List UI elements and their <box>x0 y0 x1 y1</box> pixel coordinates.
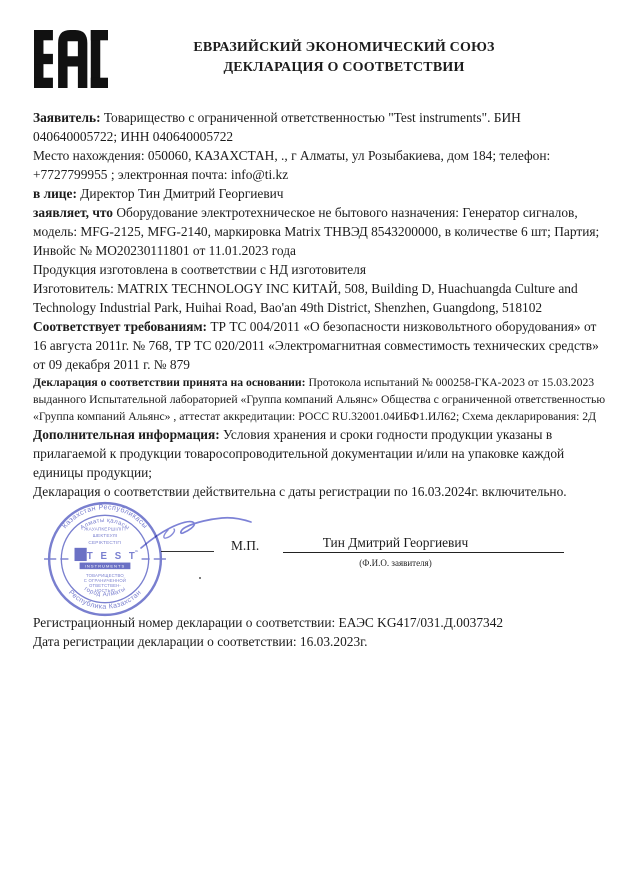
declares-paragraph: заявляет, что Оборудование электротехнич… <box>33 203 607 260</box>
document-title: ДЕКЛАРАЦИЯ О СООТВЕТСТВИИ <box>100 58 588 78</box>
complies-label: Соответствует требованиям: <box>33 319 207 334</box>
declaration-document: ЕВРАЗИЙСКИЙ ЭКОНОМИЧЕСКИЙ СОЮЗ ДЕКЛАРАЦИ… <box>0 0 640 872</box>
applicant-name-caption: (Ф.И.О. заявителя) <box>283 554 508 573</box>
ink-dot <box>199 577 201 579</box>
stamp-brand: T E S T <box>87 551 137 562</box>
complies-paragraph: Соответствует требованиям: ТР ТС 004/201… <box>33 317 607 374</box>
stamp-brand-block <box>75 548 87 561</box>
applicant-name: Тин Дмитрий Георгиевич <box>283 517 508 552</box>
location-paragraph: Место нахождения: 050060, КАЗАХСТАН, ., … <box>33 146 607 184</box>
manufacturer-text: Изготовитель: MATRIX TECHNOLOGY INC КИТА… <box>33 281 578 315</box>
basis-paragraph: Декларация о соответствии принята на осн… <box>33 374 607 425</box>
stamp-line3: СЕРІКТЕСТІГІ <box>88 540 121 545</box>
made-paragraph: Продукция изготовлена в соответствии с Н… <box>33 260 607 279</box>
person-paragraph: в лице: Директор Тин Дмитрий Георгиевич <box>33 184 607 203</box>
signature-area: Казахстан Республикасы Республика Казахс… <box>33 513 607 613</box>
company-stamp: Казахстан Республикасы Республика Казахс… <box>41 495 169 623</box>
registration-date-paragraph: Дата регистрации декларации о соответств… <box>33 632 607 651</box>
location-text: Место нахождения: 050060, КАЗАХСТАН, ., … <box>33 148 550 182</box>
applicant-signature-line: Тин Дмитрий Георгиевич <box>283 517 564 553</box>
eac-mark-icon <box>34 30 108 88</box>
person-label: в лице: <box>33 186 77 201</box>
additional-info-label: Дополнительная информация: <box>33 427 220 442</box>
additional-info-paragraph: Дополнительная информация: Условия хране… <box>33 425 607 482</box>
union-title: ЕВРАЗИЙСКИЙ ЭКОНОМИЧЕСКИЙ СОЮЗ <box>100 38 588 58</box>
applicant-text: Товарищество с ограниченной ответственно… <box>33 110 521 144</box>
stamp-brand-sub: INSTRUMENTS <box>85 564 125 569</box>
manufacturer-paragraph: Изготовитель: MATRIX TECHNOLOGY INC КИТА… <box>33 279 607 317</box>
declares-text: Оборудование электротехническое не бытов… <box>33 205 599 258</box>
person-text: Директор Тин Дмитрий Георгиевич <box>77 186 284 201</box>
stamp-line2: ШЕКТЕУЛІ <box>93 533 118 538</box>
applicant-paragraph: Заявитель: Товарищество с ограниченной о… <box>33 108 607 146</box>
stamp-line7: НОСТЬЮ <box>95 588 116 593</box>
basis-label: Декларация о соответствии принята на осн… <box>33 376 306 389</box>
applicant-label: Заявитель: <box>33 110 101 125</box>
stamp-brand-sup: сь <box>135 549 139 553</box>
stamp-line1: ЖАУАПКЕРШІЛІГІ <box>84 527 126 532</box>
registration-date-text: Дата регистрации декларации о соответств… <box>33 634 368 649</box>
made-text: Продукция изготовлена в соответствии с Н… <box>33 262 366 277</box>
document-body: Заявитель: Товарищество с ограниченной о… <box>33 108 607 651</box>
declares-label: заявляет, что <box>33 205 113 220</box>
